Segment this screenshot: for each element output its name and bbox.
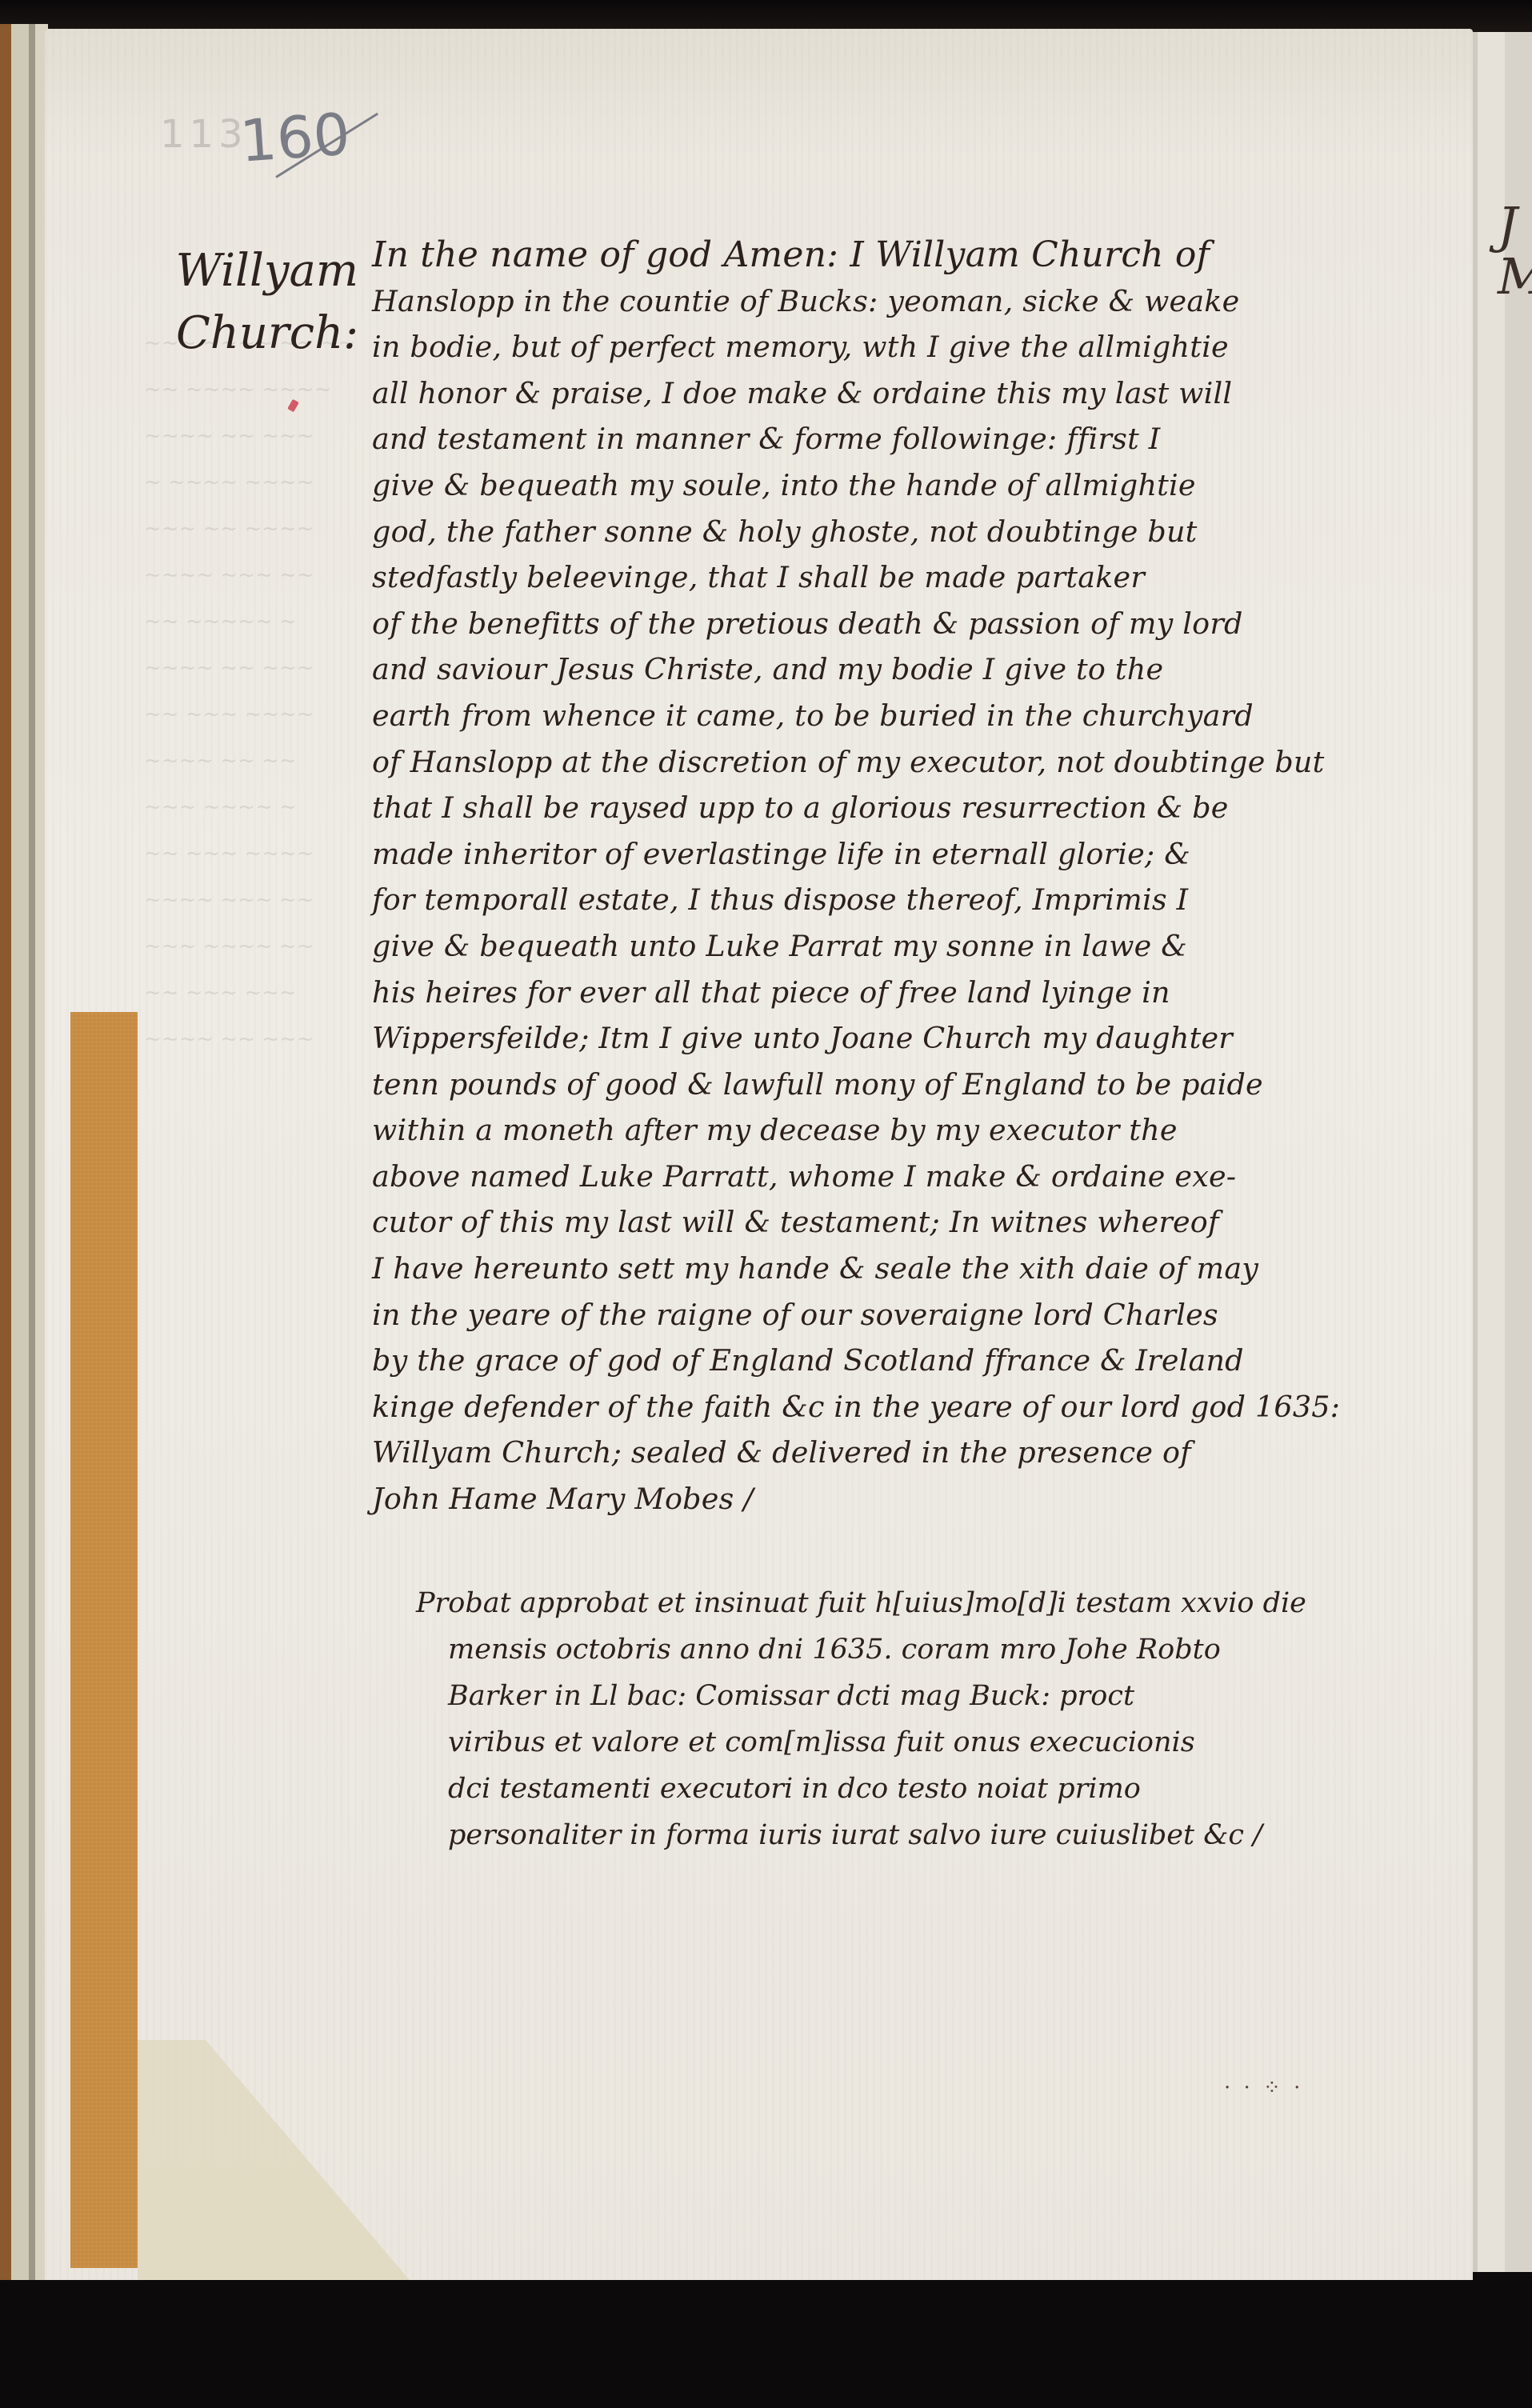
will-line: cutor of this my last will & testament; … <box>372 1199 1468 1246</box>
ink-spots: · · ⁘ · <box>1224 2076 1303 2100</box>
will-line: stedfastly beleevinge, that I shall be m… <box>372 554 1468 601</box>
will-line: in bodie, but of perfect memory, wth I g… <box>372 324 1468 370</box>
probate-line: dci testamenti executori in dco testo no… <box>448 1766 1464 1812</box>
will-line: his heires for ever all that piece of fr… <box>372 970 1468 1016</box>
will-line: in the yeare of the raigne of our sovera… <box>372 1292 1468 1338</box>
faint-prior-folio-number: 113 <box>160 112 248 157</box>
will-line: that I shall be raysed upp to a glorious… <box>372 785 1468 831</box>
will-line: tenn pounds of good & lawfull mony of En… <box>372 1062 1468 1108</box>
will-body-text: In the name of god Amen: I Willyam Churc… <box>372 232 1468 1522</box>
will-line: for temporall estate, I thus dispose the… <box>372 877 1468 923</box>
will-line: kinge defender of the faith &c in the ye… <box>372 1384 1468 1430</box>
probate-line: Probat approbat et insinuat fuit h[uius]… <box>416 1580 1464 1626</box>
will-line: give & bequeath unto Luke Parrat my sonn… <box>372 923 1468 970</box>
will-line: I have hereunto sett my hande & seale th… <box>372 1246 1468 1292</box>
will-line: above named Luke Parratt, whome I make &… <box>372 1154 1468 1200</box>
margin-heading-surname: Church: <box>86 302 358 365</box>
will-line: all honor & praise, I doe make & ordaine… <box>372 370 1468 417</box>
right-facing-leaf <box>1473 32 1532 2272</box>
fragment-letter: J <box>1498 200 1532 251</box>
will-line: Wippersfeilde; Itm I give unto Joane Chu… <box>372 1015 1468 1062</box>
will-line: of the benefitts of the pretious death &… <box>372 601 1468 647</box>
will-line: give & bequeath my soule, into the hande… <box>372 462 1468 509</box>
probate-clause: Probat approbat et insinuat fuit h[uius]… <box>416 1580 1464 1858</box>
left-binding-edge <box>0 24 48 2280</box>
will-line: and testament in manner & forme followin… <box>372 416 1468 462</box>
will-witnesses-line: John Hame Mary Mobes / <box>372 1476 1468 1522</box>
bleed-through-text: ~~~ ~~~~ ~~ ~~~~ ~~~~ ~~~~~~~~ ~~ ~~~~ ~… <box>144 320 368 1062</box>
will-line: of Hanslopp at the discretion of my exec… <box>372 739 1468 786</box>
margin-heading-testator: Willyam Church: <box>86 240 358 365</box>
will-line: earth from whence it came, to be buried … <box>372 693 1468 739</box>
repair-tape-strip <box>70 1012 138 2268</box>
top-dark-edge <box>0 0 1532 32</box>
margin-heading-first-name: Willyam <box>86 240 358 302</box>
right-page-fragment: J M <box>1498 200 1532 302</box>
will-signature-line: Willyam Church; sealed & delivered in th… <box>372 1430 1468 1476</box>
probate-line: Barker in Ll bac: Comissar dcti mag Buck… <box>448 1673 1464 1719</box>
will-line: and saviour Jesus Christe, and my bodie … <box>372 646 1468 693</box>
probate-line: mensis octobris anno dni 1635. coram mro… <box>448 1626 1464 1673</box>
will-line: made inheritor of everlastinge life in e… <box>372 831 1468 878</box>
will-line: god, the father sonne & holy ghoste, not… <box>372 509 1468 555</box>
will-line: In the name of god Amen: I Willyam Churc… <box>372 232 1468 278</box>
bottom-dark-edge <box>0 2280 1532 2408</box>
will-line: Hanslopp in the countie of Bucks: yeoman… <box>372 278 1468 325</box>
will-line: within a moneth after my decease by my e… <box>372 1107 1468 1154</box>
probate-line: personaliter in forma iuris iurat salvo … <box>448 1812 1464 1858</box>
will-line: by the grace of god of England Scotland … <box>372 1338 1468 1384</box>
probate-line: viribus et valore et com[m]issa fuit onu… <box>448 1719 1464 1766</box>
fragment-letter: M <box>1498 251 1532 302</box>
